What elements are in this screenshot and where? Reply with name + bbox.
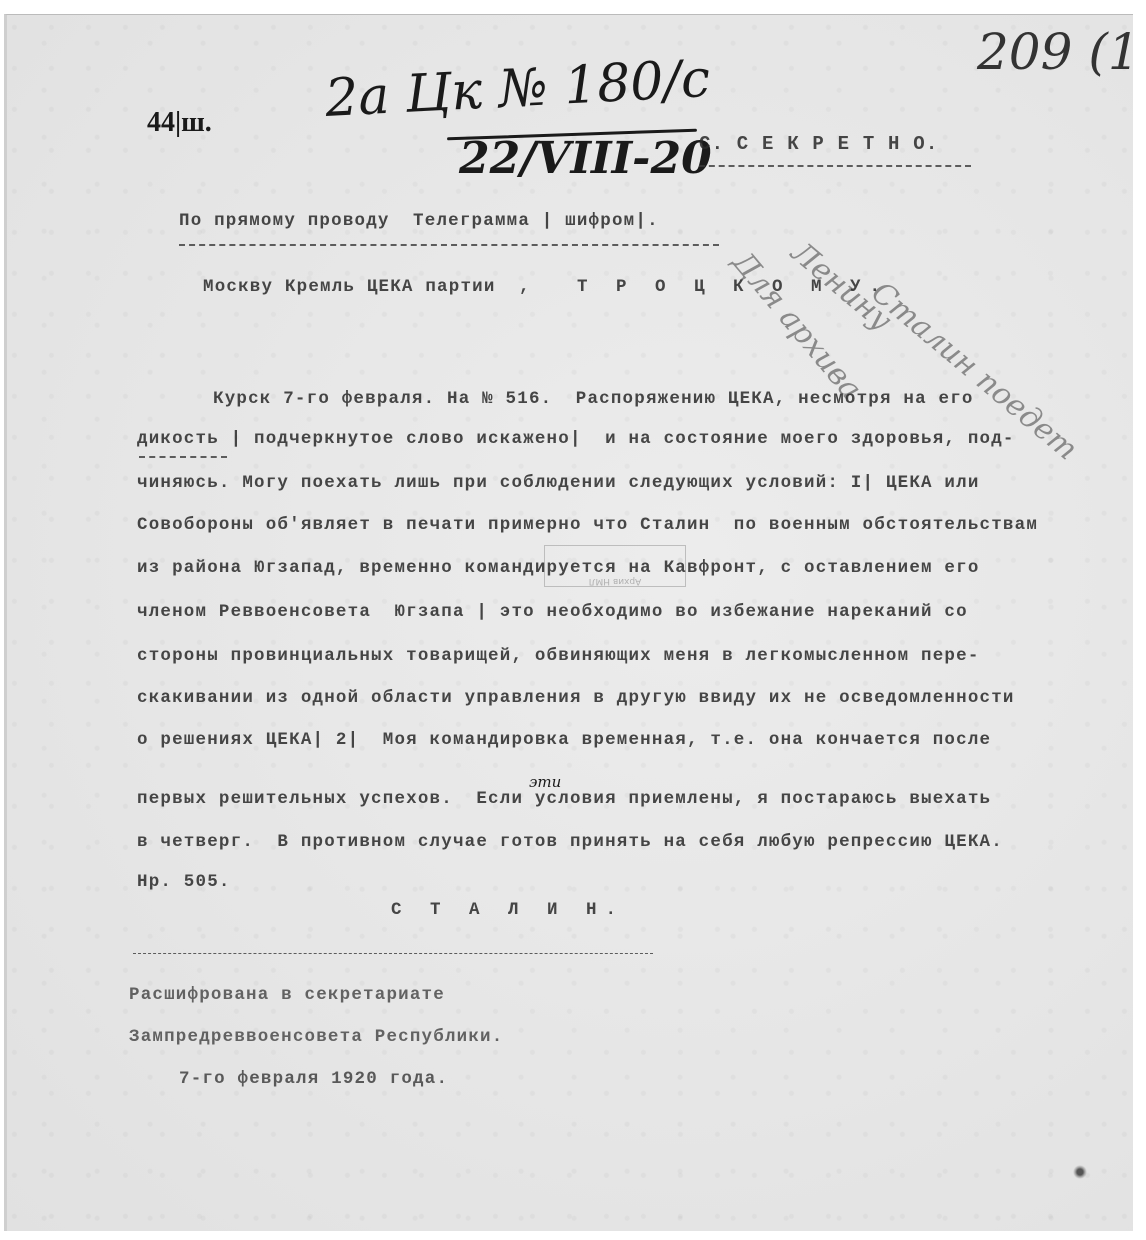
addressee-name: Т Р О Ц К О М У. <box>577 277 889 297</box>
ink-blot <box>1073 1165 1087 1179</box>
body-line: в четверг. В противном случае готов прин… <box>137 832 1003 852</box>
body-underline-word <box>139 456 227 458</box>
footer-line: Расшифрована в секретариате <box>129 985 445 1005</box>
registry-number: 2а Цк № 180/с <box>324 49 712 129</box>
classification-underline <box>699 165 971 167</box>
body-line: из района Югзапад, временно командируетс… <box>137 558 980 578</box>
body-line: о решениях ЦЕКА| 2| Моя командировка вре… <box>137 730 991 750</box>
page-number: 209 (1 <box>977 23 1140 81</box>
body-line: Совобороны об'являет в печати примерно ч… <box>137 515 1038 535</box>
transmission-method: По прямому проводу Телеграмма | шифром|. <box>179 211 659 231</box>
body-line: членом Реввоенсовета Югзапа | это необхо… <box>137 602 968 622</box>
body-line: Нр. 505. <box>137 872 231 892</box>
body-line: скакивании из одной области управления в… <box>137 688 1015 708</box>
body-line: чиняюсь. Могу поехать лишь при соблюдени… <box>137 473 980 493</box>
signature-separator <box>133 953 653 954</box>
footer-line: 7-го февраля 1920 года. <box>179 1069 448 1089</box>
footer-line: Зампредреввоенсовета Республики. <box>129 1027 503 1047</box>
transmission-underline <box>179 244 719 246</box>
body-line: первых решительных успехов. Если условия… <box>137 789 991 809</box>
classification-header: С. С Е К Р Е Т Н О. <box>699 133 938 155</box>
registry-date: 22/VIII-20 <box>459 133 712 184</box>
body-line: дикость | подчеркнутое слово искажено| и… <box>137 429 1015 449</box>
addressee-prefix: Москву Кремль ЦЕКА партии , <box>203 277 531 297</box>
folio-number: 44|ш. <box>147 107 212 139</box>
signature: С Т А Л И Н. <box>391 900 625 920</box>
body-line: Курск 7-го февраля. На № 516. Распоряжен… <box>213 389 974 409</box>
document-page: 44|ш. 2а Цк № 180/с 22/VIII-20 209 (1 С.… <box>4 14 1133 1231</box>
body-line: стороны провинциальных товарищей, обвиня… <box>137 646 980 666</box>
